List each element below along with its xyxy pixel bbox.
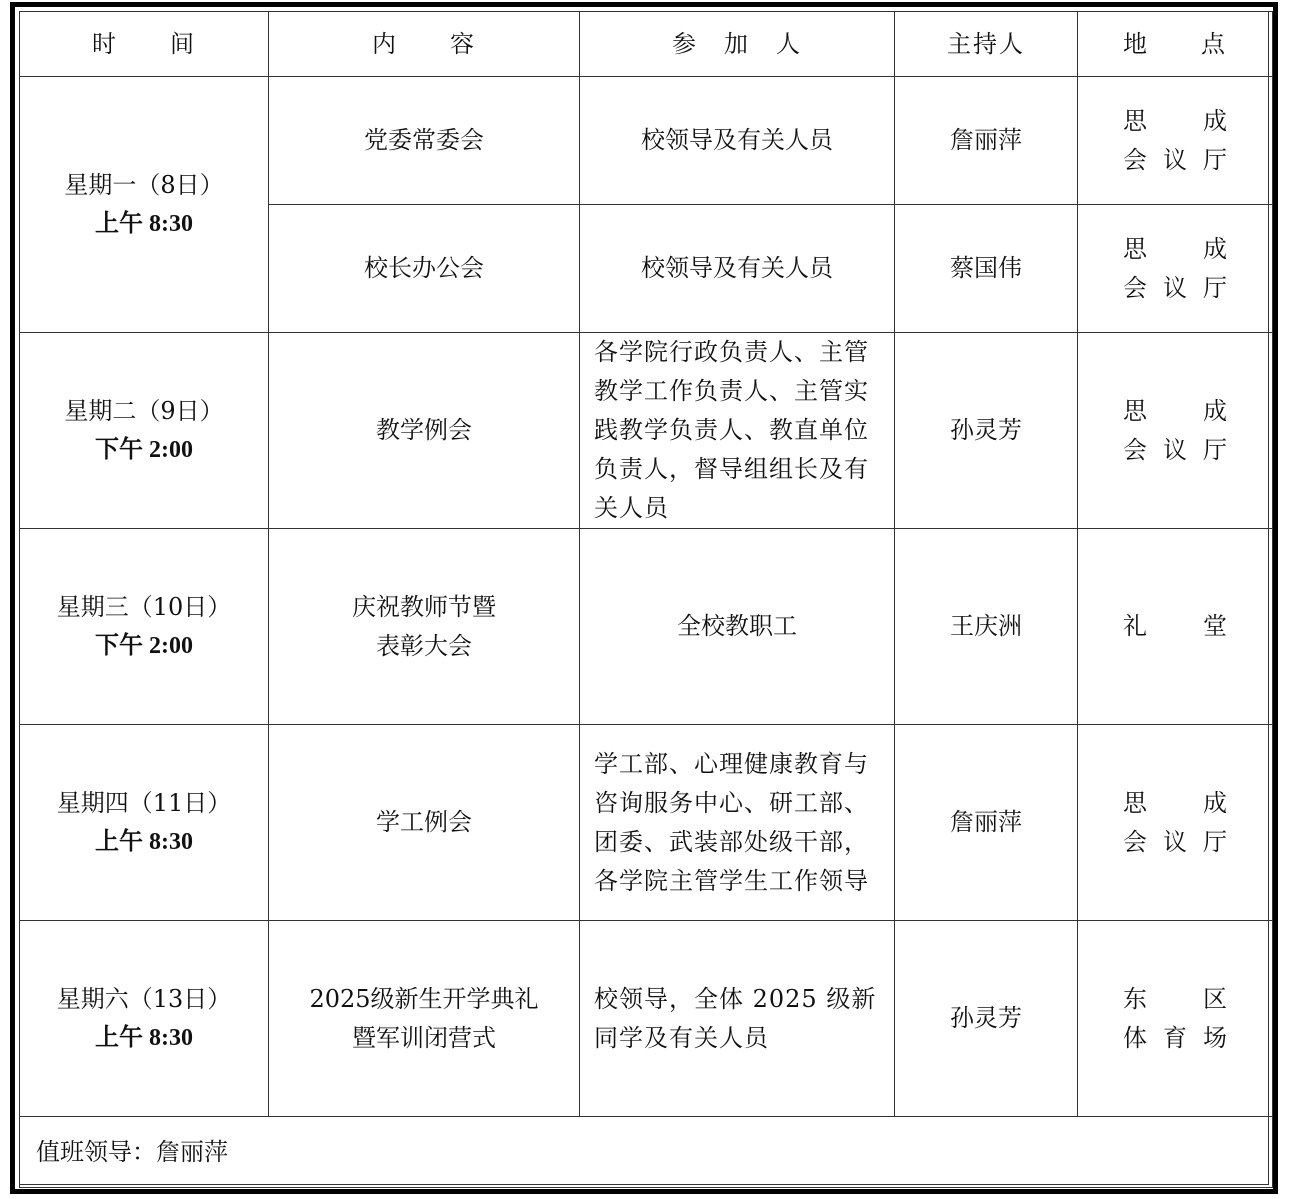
content-cell: 庆祝教师节暨 表彰大会: [269, 529, 580, 725]
participants-cell: 校领导及有关人员: [580, 205, 895, 333]
participants-cell: 各学院行政负责人、主管教学工作负责人、主管实践教学负责人、教直单位负责人，督导组…: [580, 333, 895, 529]
location-cell: 思成 会议厅: [1078, 333, 1273, 529]
host-cell: 蔡国伟: [895, 205, 1078, 333]
location-cell: 礼堂: [1078, 529, 1273, 725]
table-row: 星期四（11日） 上午 8:30 学工例会 学工部、心理健康教育与咨询服务中心、…: [20, 725, 1273, 921]
content-cell: 校长办公会: [269, 205, 580, 333]
host-cell: 王庆洲: [895, 529, 1078, 725]
duty-leader-label: 值班领导：: [36, 1138, 156, 1166]
table-header-row: 时 间 内 容 参 加 人 主持人 地 点: [20, 12, 1273, 77]
header-location: 地 点: [1078, 12, 1273, 77]
footer-row: 值班领导：詹丽萍: [20, 1117, 1273, 1188]
time-cell: 星期二（9日） 下午 2:00: [20, 333, 269, 529]
time-cell: 星期四（11日） 上午 8:30: [20, 725, 269, 921]
table-row: 星期二（9日） 下午 2:00 教学例会 各学院行政负责人、主管教学工作负责人、…: [20, 333, 1273, 529]
day-label: 星期六（13日）: [20, 980, 268, 1019]
participants-cell: 学工部、心理健康教育与咨询服务中心、研工部、团委、武装部处级干部，各学院主管学生…: [580, 725, 895, 921]
host-cell: 詹丽萍: [895, 77, 1078, 205]
time-label: 上午 8:30: [20, 1019, 268, 1058]
time-cell: 星期六（13日） 上午 8:30: [20, 921, 269, 1117]
participants-cell: 校领导及有关人员: [580, 77, 895, 205]
header-time: 时 间: [20, 12, 269, 77]
header-participants: 参 加 人: [580, 12, 895, 77]
day-label: 星期三（10日）: [20, 588, 268, 627]
participants-cell: 全校教职工: [580, 529, 895, 725]
location-cell: 思成 会议厅: [1078, 77, 1273, 205]
document-frame: 时 间 内 容 参 加 人 主持人 地 点 星期一（8日） 上午 8:30 党委…: [10, 2, 1278, 1194]
day-label: 星期一（8日）: [20, 166, 268, 205]
time-label: 上午 8:30: [20, 205, 268, 244]
participants-cell: 校领导，全体 2025 级新同学及有关人员: [580, 921, 895, 1117]
duty-leader: 值班领导：詹丽萍: [20, 1117, 1273, 1188]
weekly-schedule-table: 时 间 内 容 参 加 人 主持人 地 点 星期一（8日） 上午 8:30 党委…: [19, 11, 1273, 1188]
time-label: 下午 2:00: [20, 627, 268, 666]
header-content: 内 容: [269, 12, 580, 77]
day-label: 星期二（9日）: [20, 392, 268, 431]
time-label: 下午 2:00: [20, 431, 268, 470]
host-cell: 詹丽萍: [895, 725, 1078, 921]
time-cell: 星期一（8日） 上午 8:30: [20, 77, 269, 333]
table-row: 星期三（10日） 下午 2:00 庆祝教师节暨 表彰大会 全校教职工 王庆洲 礼…: [20, 529, 1273, 725]
day-label: 星期四（11日）: [20, 784, 268, 823]
host-cell: 孙灵芳: [895, 921, 1078, 1117]
duty-leader-name: 詹丽萍: [156, 1138, 228, 1166]
table-row: 星期一（8日） 上午 8:30 党委常委会 校领导及有关人员 詹丽萍 思成 会议…: [20, 77, 1273, 205]
content-cell: 党委常委会: [269, 77, 580, 205]
time-cell: 星期三（10日） 下午 2:00: [20, 529, 269, 725]
content-cell: 学工例会: [269, 725, 580, 921]
location-cell: 思成 会议厅: [1078, 725, 1273, 921]
content-cell: 教学例会: [269, 333, 580, 529]
header-host: 主持人: [895, 12, 1078, 77]
content-cell: 2025级新生开学典礼 暨军训闭营式: [269, 921, 580, 1117]
location-cell: 思成 会议厅: [1078, 205, 1273, 333]
location-cell: 东区 体育场: [1078, 921, 1273, 1117]
table-row: 星期六（13日） 上午 8:30 2025级新生开学典礼 暨军训闭营式 校领导，…: [20, 921, 1273, 1117]
time-label: 上午 8:30: [20, 823, 268, 862]
host-cell: 孙灵芳: [895, 333, 1078, 529]
